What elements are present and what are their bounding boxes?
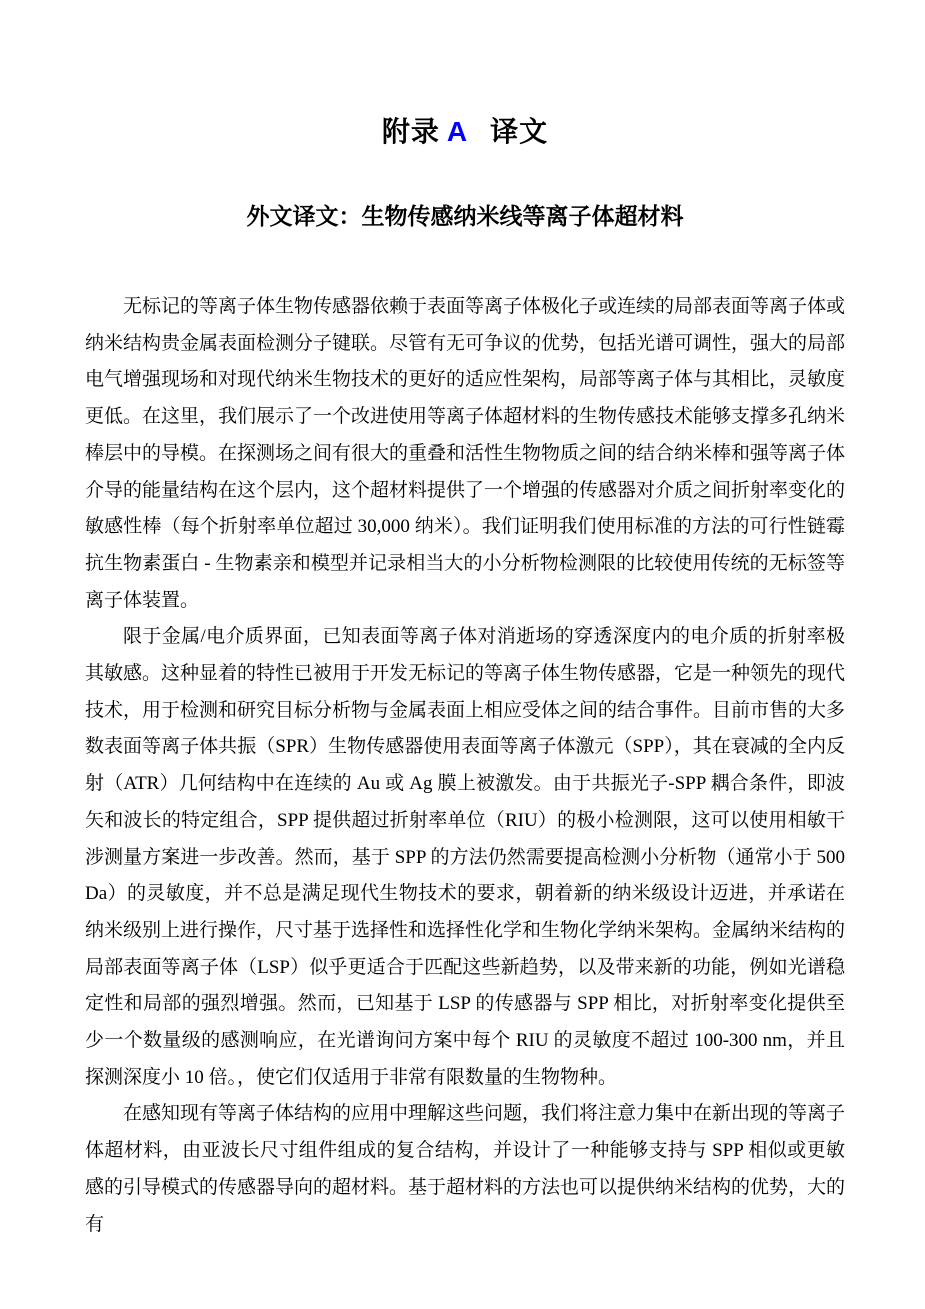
appendix-title-suffix: 译文 [490,116,548,147]
paragraph-abstract: 无标记的等离子体生物传感器依赖于表面等离子体极化子或连续的局部表面等离子体或纳米… [85,289,845,619]
document-page: 附录A译文 外文译文：生物传感纳米线等离子体超材料 无标记的等离子体生物传感器依… [0,0,925,1309]
appendix-title-accent-letter: A [447,116,468,147]
translation-subtitle: 外文译文：生物传感纳米线等离子体超材料 [85,203,845,230]
appendix-title: 附录A译文 [85,116,845,147]
paragraph-metamaterial-approach: 在感知现有等离子体结构的应用中理解这些问题，我们将注意力集中在新出现的等离子体超… [85,1096,845,1243]
appendix-title-prefix: 附录 [382,116,440,147]
document-body: 无标记的等离子体生物传感器依赖于表面等离子体极化子或连续的局部表面等离子体或纳米… [85,289,845,1243]
paragraph-intro-spr-background: 限于金属/电介质界面，已知表面等离子体对消逝场的穿透深度内的电介质的折射率极其敏… [85,619,845,1096]
